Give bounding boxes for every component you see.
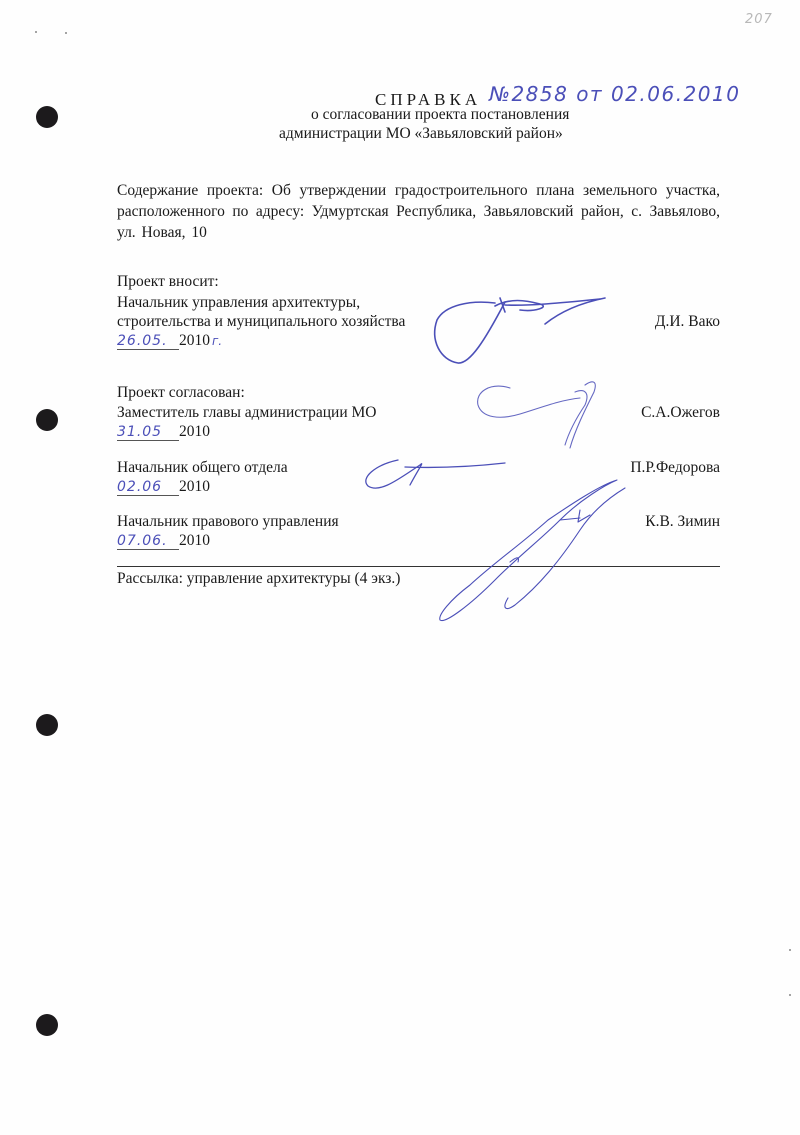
approver-date: 07.06.2010 [117, 532, 210, 550]
archive-page-number: 207 [745, 12, 773, 27]
punch-hole [36, 106, 58, 128]
punch-hole [36, 714, 58, 736]
approver-position: Начальник общего отдела [117, 459, 288, 477]
scan-speck [789, 949, 791, 951]
project-content: Содержание проекта: Об утверждении градо… [117, 180, 720, 243]
date-year: 2010 [179, 478, 210, 495]
signature-ozhegov [478, 382, 596, 448]
punch-hole [36, 1014, 58, 1036]
date-suffix: г. [212, 334, 222, 348]
punch-hole [36, 409, 58, 431]
date-year: 2010 [179, 332, 210, 349]
handwritten-date: 07.06. [117, 534, 179, 550]
handwritten-date: 26.05. [117, 334, 179, 350]
approver-name: П.Р.Федорова [630, 459, 720, 477]
approver-date: 31.052010 [117, 423, 210, 441]
date-year: 2010 [179, 423, 210, 440]
submitter-name: Д.И. Вако [655, 313, 720, 331]
approved-heading: Проект согласован: [117, 384, 245, 402]
date-year: 2010 [179, 532, 210, 549]
signature-zimin [440, 480, 625, 621]
approver-date: 02.062010 [117, 478, 210, 496]
submitter-date: 26.05.2010г. [117, 332, 222, 350]
submitter-position-line-1: Начальник управления архитектуры, [117, 294, 360, 312]
subtitle-line-1: о согласовании проекта постановления [311, 106, 800, 124]
submitter-position-line-2: строительства и муниципального хозяйства [117, 313, 405, 331]
signature-fedorova [366, 460, 505, 488]
distribution-list: Рассылка: управление архитектуры (4 экз.… [117, 570, 400, 588]
divider [117, 566, 720, 567]
scan-speck [65, 32, 67, 34]
signature-vako [435, 298, 605, 363]
approver-name: К.В. Зимин [645, 513, 720, 531]
document-page: 207 СПРАВКА №2858 от 02.06.2010 о соглас… [0, 0, 800, 1135]
handwritten-date: 02.06 [117, 480, 179, 496]
approver-position: Заместитель главы администрации МО [117, 404, 376, 422]
signatures-layer [0, 0, 800, 1135]
handwritten-date: 31.05 [117, 425, 179, 441]
approver-name: С.А.Ожегов [641, 404, 720, 422]
subtitle-line-2: администрации МО «Завьяловский район» [279, 125, 800, 143]
submitted-heading: Проект вносит: [117, 273, 219, 291]
handwritten-registration-number: №2858 от 02.06.2010 [489, 82, 740, 106]
approver-position: Начальник правового управления [117, 513, 339, 531]
scan-speck [789, 994, 791, 996]
scan-speck [35, 31, 37, 33]
